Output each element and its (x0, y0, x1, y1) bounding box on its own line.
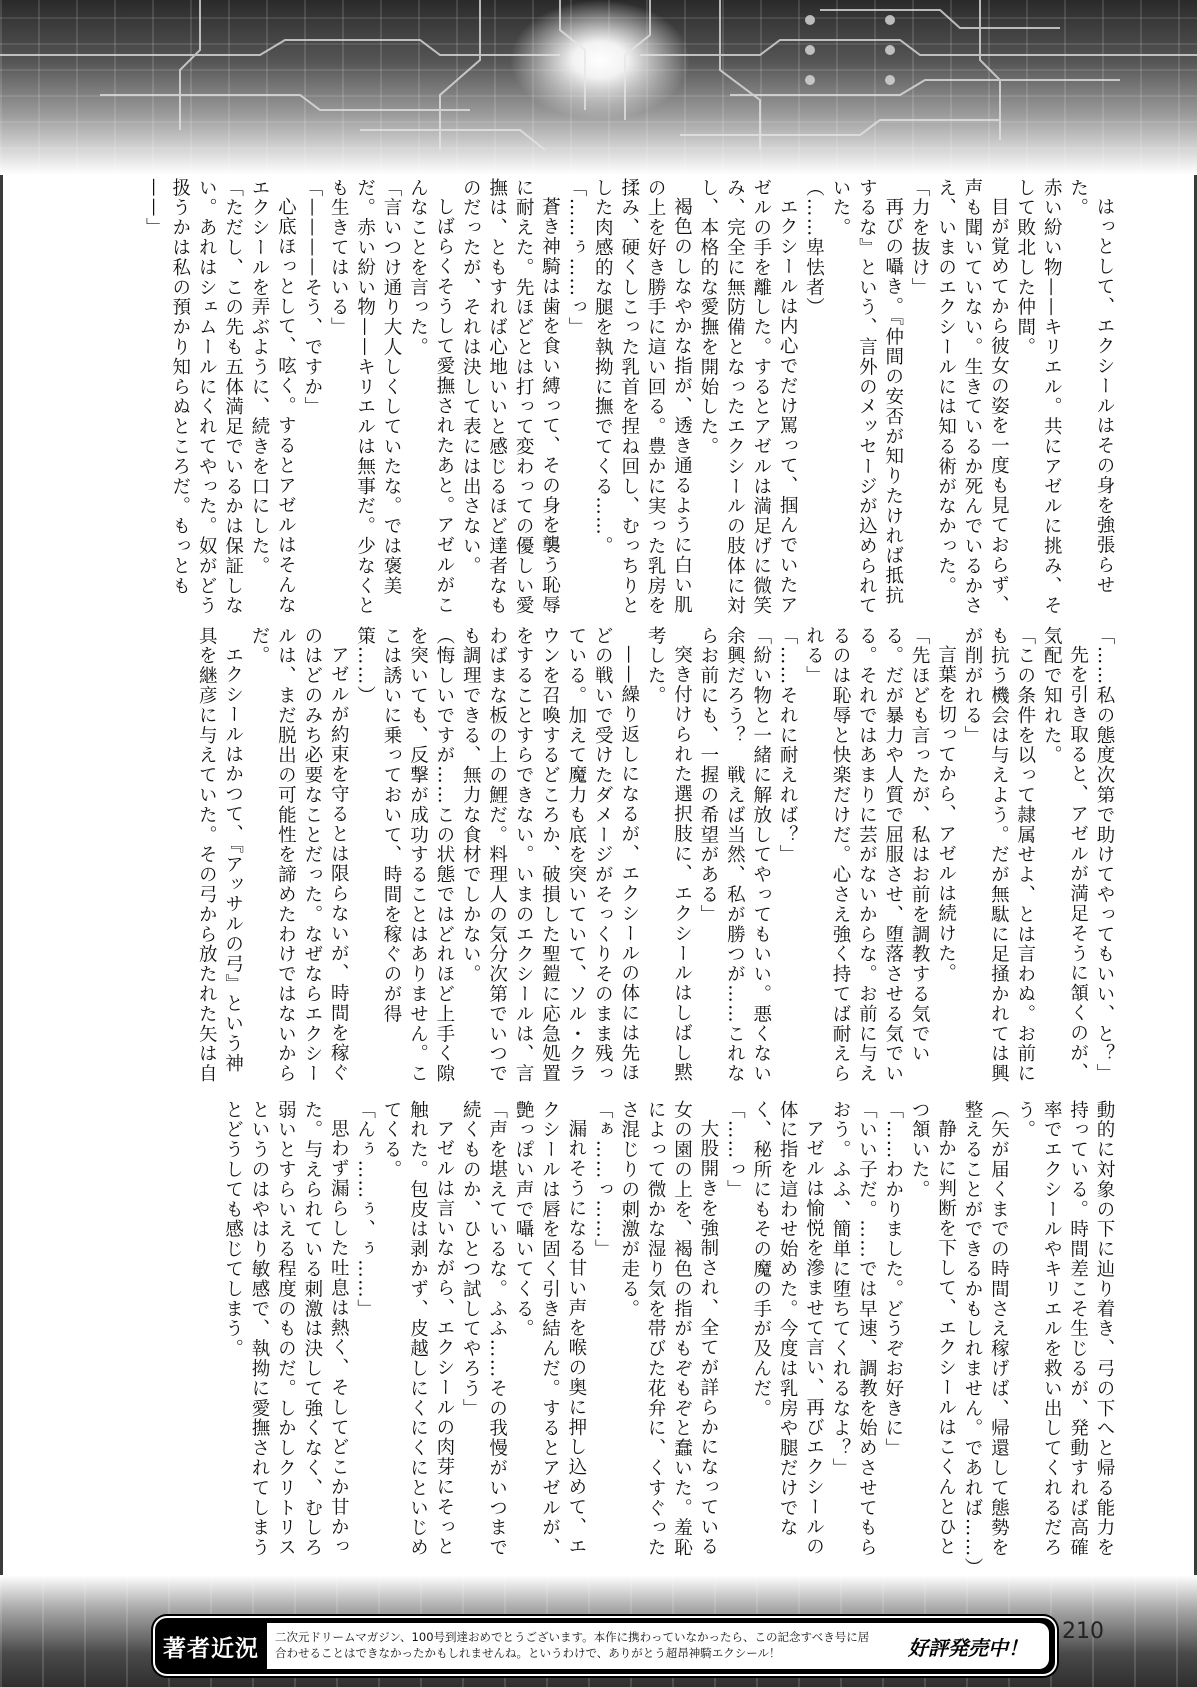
text-tier-top: はっとして、エクシールはその身を強張らせた。 赤い紛い物——キリエル。共にアゼル… (152, 178, 1117, 622)
paragraph: 「……それに耐えれば？」 (774, 626, 800, 1086)
paragraph: （矢が届くまでの時間さえ稼げば、帰還して態勢を整えることができるかもしれません。… (959, 1100, 1012, 1570)
author-note-text: 二次元ドリームマガジン、100号到達おめでとうございます。本作に携わっていなかっ… (267, 1623, 887, 1669)
paragraph: 「んぅ……ぅ、ぅ……」 (351, 1100, 377, 1570)
paragraph: 目が覚めてから彼女の姿を一度も見ておらず、声も聞いていない。生きているか死んでい… (932, 178, 1011, 622)
paragraph: 「言いつけ通り大人しくしていたな。では褒美だ。赤い紛い物——キリエルは無事だ。少… (325, 178, 404, 622)
left-border (0, 175, 3, 1575)
paragraph: アゼルが約束を守るとは限らないが、時間を稼ぐのはどのみち必要なことだった。なぜな… (246, 626, 352, 1086)
paragraph: 「いい子だ。……では早速、調教を始めさせてもらおう。ふふ、簡単に堕ちてくれるなよ… (827, 1100, 880, 1570)
paragraph: 「……わかりました。どうぞお好きに」 (879, 1100, 905, 1570)
paragraph: 言葉を切ってから、アゼルは続けた。 (932, 626, 958, 1086)
paragraph: しばらくそうして愛撫されたあと。アゼルがこんなことを言った。 (404, 178, 457, 622)
paragraph: 褐色のしなやかな指が、透き通るように白い肌の上を好き勝手に這い回る。豊かに実った… (589, 178, 695, 622)
paragraph: 思わず漏らした吐息は熱く、そしてどこか甘かった。与えられている刺激は決して強くな… (219, 1100, 351, 1570)
paragraph: アゼルは言いながら、エクシールの肉芽にそっと触れた。包皮は剥かず、皮越しにくにく… (378, 1100, 457, 1570)
page-number: 210 (1062, 1619, 1104, 1644)
text-tier-middle: 「……私の態度次第で助けてやってもいい、と？」 先を引き取ると、アゼルが満足そう… (152, 626, 1117, 1086)
paragraph: 「声を堪えているな。ふふ……その我慢がいつまで続くものか、ひとつ試してやろう」 (457, 1100, 510, 1570)
paragraph: 蒼き神騎は歯を食い縛って、その身を襲う恥辱に耐えた。先ほどとは打って変わっての優… (457, 178, 563, 622)
paragraph: 「紛い物と一緒に解放してやってもいい。悪くない余興だろう？ 戦えば当然、私が勝つ… (695, 626, 774, 1086)
paragraph: 突き付けられた選択肢に、エクシールはしばし黙考した。 (642, 626, 695, 1086)
paragraph: エクシールはかつて、『アッサルの弓』という神具を継彦に与えていた。その弓から放た… (193, 626, 246, 1086)
paragraph: 大股開きを強制され、全てが詳らかになっている女の園の上を、褐色の指がもぞもぞと蠢… (615, 1100, 721, 1570)
text-tier-bottom: 動的に対象の下に辿り着き、弓の下へと帰る能力を持っている。時間差こそ生じるが、発… (152, 1100, 1117, 1570)
paragraph: 心底ほっとして、呟く。するとアゼルはそんなエクシールを弄ぶように、続きを口にした… (246, 178, 299, 622)
paragraph: エクシールは内心でだけ罵って、掴んでいたアゼルの手を離した。するとアゼルは満足げ… (695, 178, 801, 622)
paragraph: 「ぁ……っ……」 (589, 1100, 615, 1570)
on-sale-promo: 好評発売中！ (887, 1623, 1049, 1669)
paragraph: 動的に対象の下に辿り着き、弓の下へと帰る能力を持っている。時間差こそ生じるが、発… (1011, 1100, 1117, 1570)
paragraph: 静かに判断を下して、エクシールはこくんとひとつ頷いた。 (906, 1100, 959, 1570)
paragraph: 赤い紛い物——キリエル。共にアゼルに挑み、そして敗北した仲間。 (1011, 178, 1064, 622)
paragraph: 「……っ」 (721, 1100, 747, 1570)
paragraph: 漏れそうになる甘い声を喉の奥に押し込めて、エクシールは唇を固く引き結んだ。すると… (510, 1100, 589, 1570)
paragraph: ——繰り返しになるが、エクシールの体には先ほどの戦いで受けたダメージがそっくりそ… (457, 626, 642, 1086)
paragraph: 「この条件を以って隷属せよ、とは言わぬ。お前にも抗う機会は与えよう。だが無駄に足… (959, 626, 1038, 1086)
paragraph: 「力を抜け」 (906, 178, 932, 622)
paragraph: 「……ぅ……っ」 (562, 178, 588, 622)
paragraph: 「ただし、この先も五体満足でいるかは保証しない。あれはシェムールにくれてやった。… (140, 178, 246, 622)
paragraph: 「……私の態度次第で助けてやってもいい、と？」 (1091, 626, 1117, 1086)
author-note-label: 著者近況 (155, 1630, 267, 1663)
paragraph: （悔しいですが……この状態ではどれほど上手く隙を突いても、反撃が成功することはあ… (351, 626, 457, 1086)
circuit-lines-icon (0, 0, 1197, 175)
paragraph: アゼルは愉悦を滲ませて言い、再びエクシールの体に指を這わせ始めた。今度は乳房や腿… (747, 1100, 826, 1570)
circuit-header-art (0, 0, 1197, 175)
paragraph: 「先ほども言ったが、私はお前を調教する気でいる。だが暴力や人質で屈服させ、堕落さ… (800, 626, 932, 1086)
paragraph: （……卑怯者） (800, 178, 826, 622)
paragraph: 再びの囁き。『仲間の安否が知りたければ抵抗するな』という、言外のメッセージが込め… (827, 178, 906, 622)
author-note-bar: 著者近況 二次元ドリームマガジン、100号到達おめでとうございます。本作に携わっ… (153, 1616, 1057, 1676)
paragraph: 「————そう、ですか」 (298, 178, 324, 622)
paragraph: 先を引き取ると、アゼルが満足そうに頷くのが、気配で知れた。 (1038, 626, 1091, 1086)
paragraph: はっとして、エクシールはその身を強張らせた。 (1064, 178, 1117, 622)
